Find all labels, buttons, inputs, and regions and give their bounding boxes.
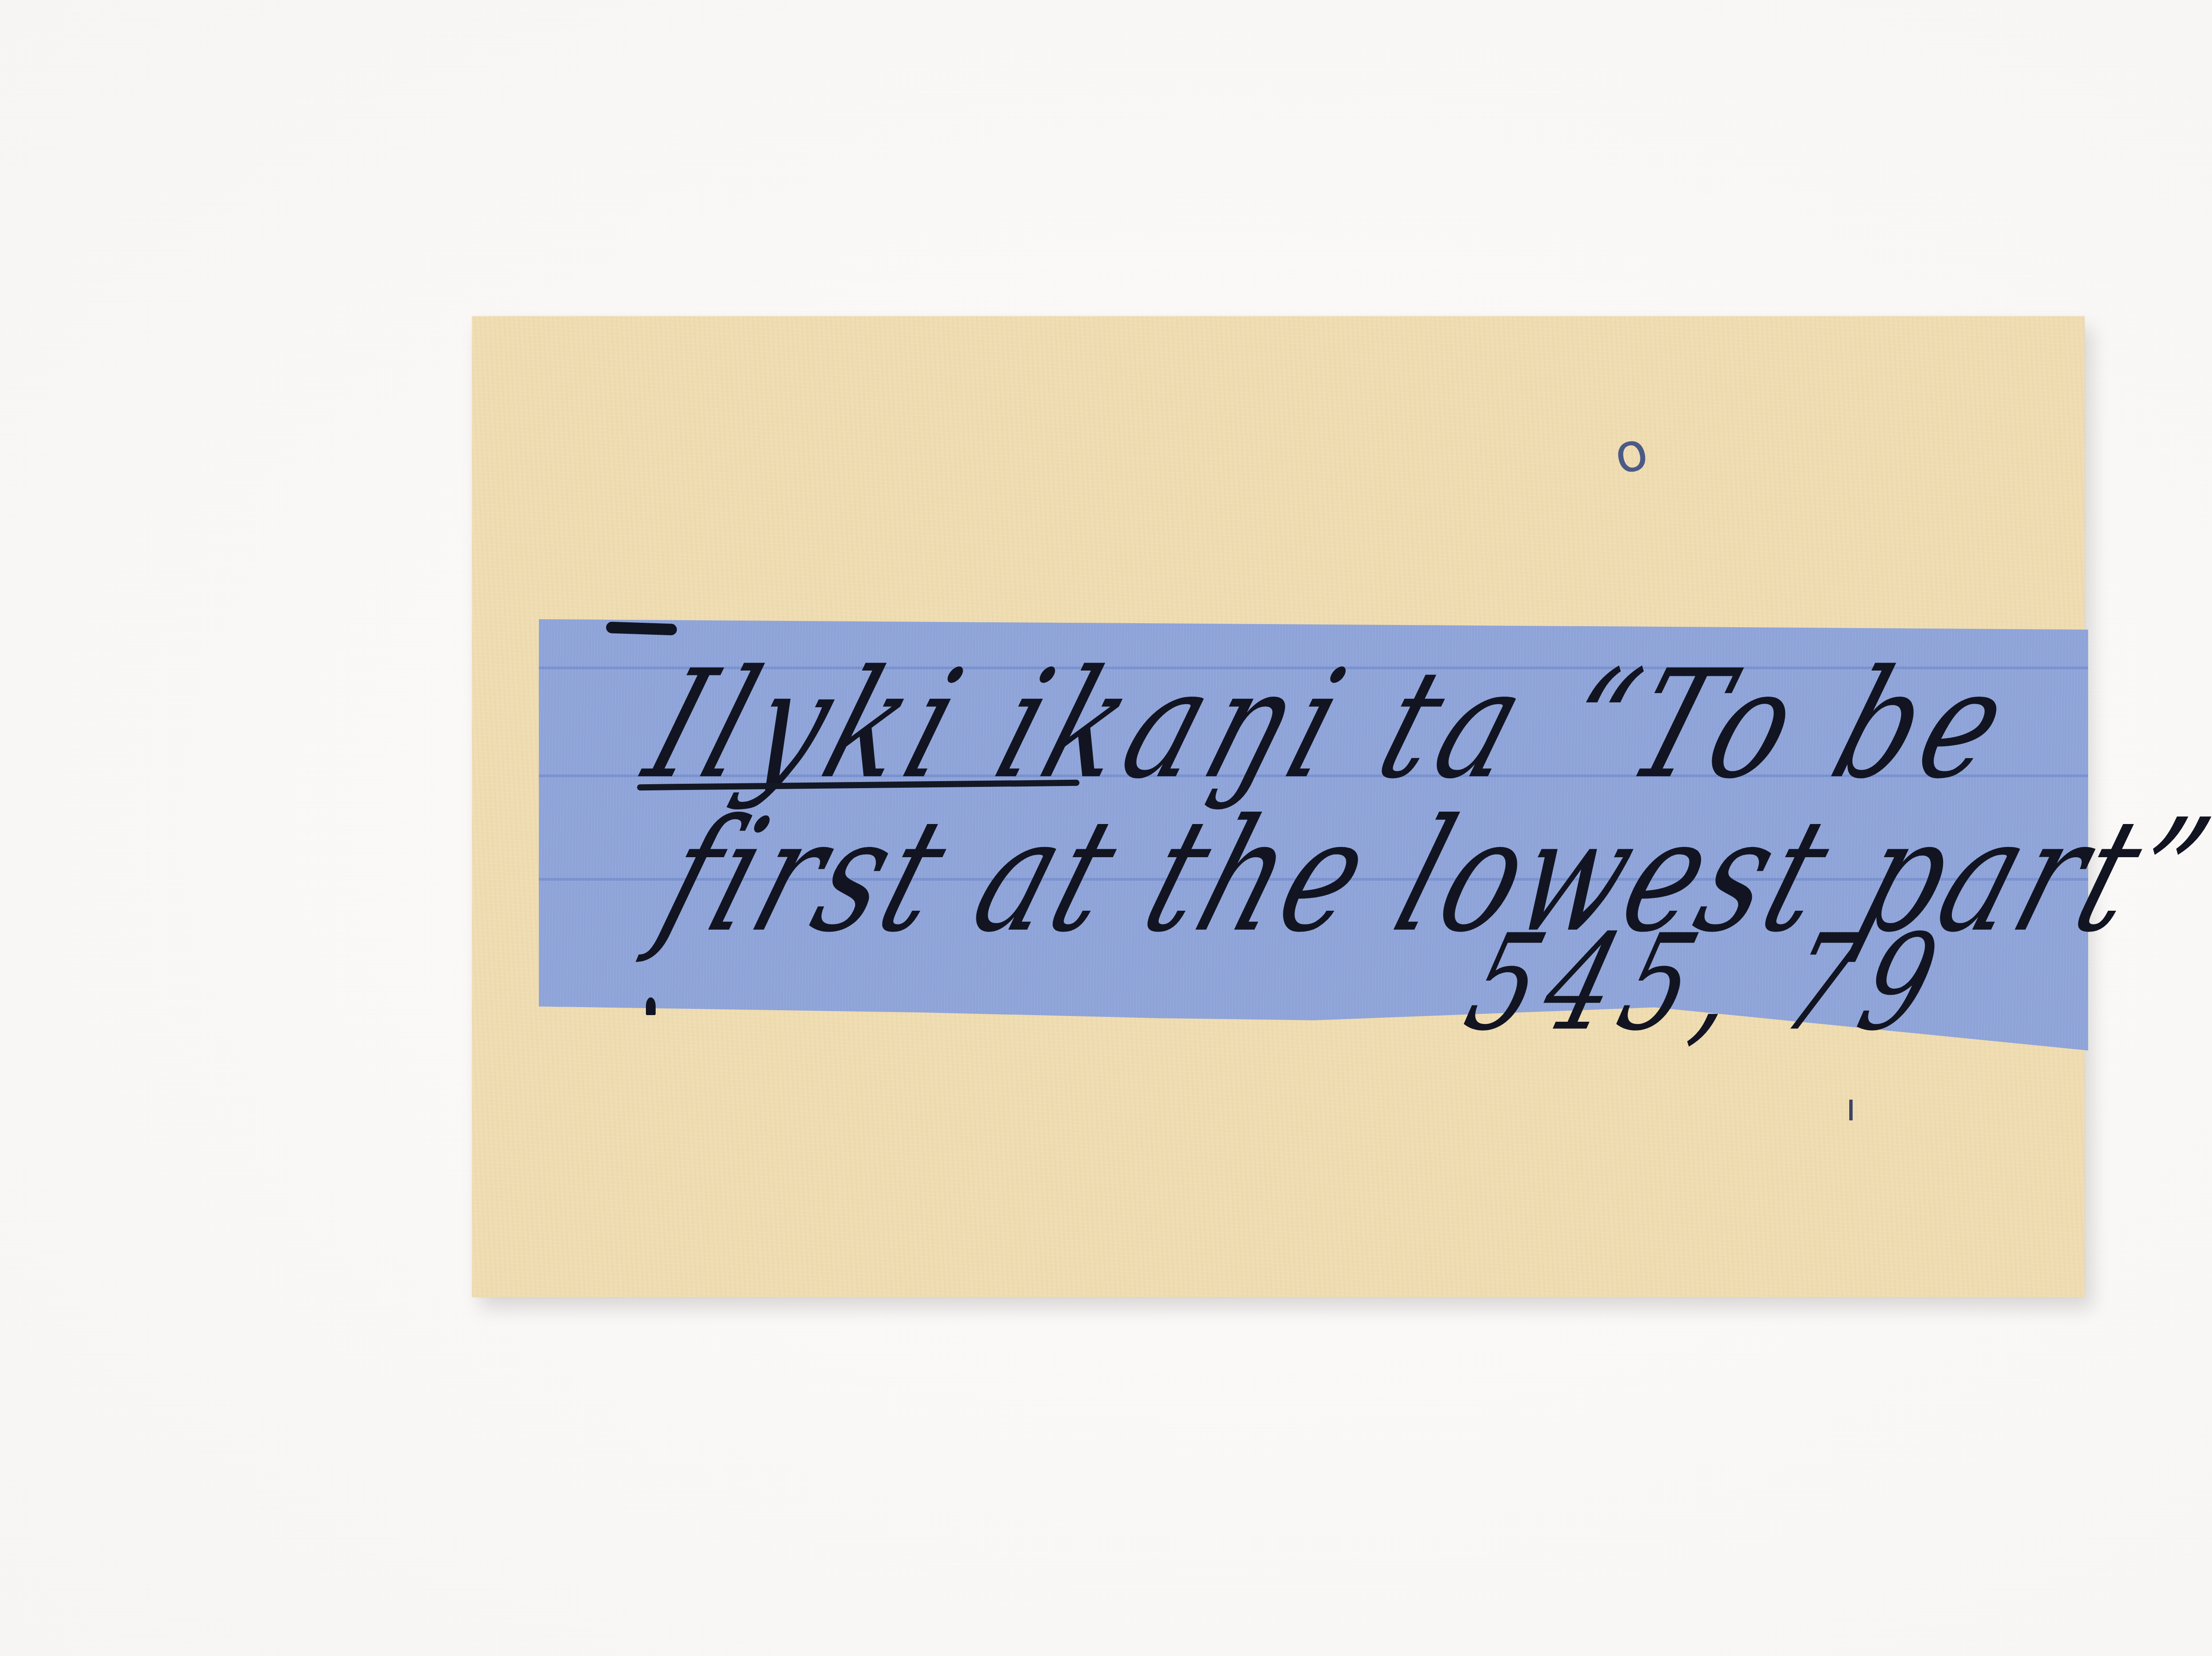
ink-dash-mark	[606, 621, 677, 636]
ink-dot-mark	[646, 997, 656, 1015]
handwritten-catalog-number: 545, 79	[1451, 907, 1964, 1060]
handwritten-line-2: first at the lowest part”	[641, 786, 2212, 967]
pencil-mark-tick: ı	[1846, 1086, 1856, 1130]
